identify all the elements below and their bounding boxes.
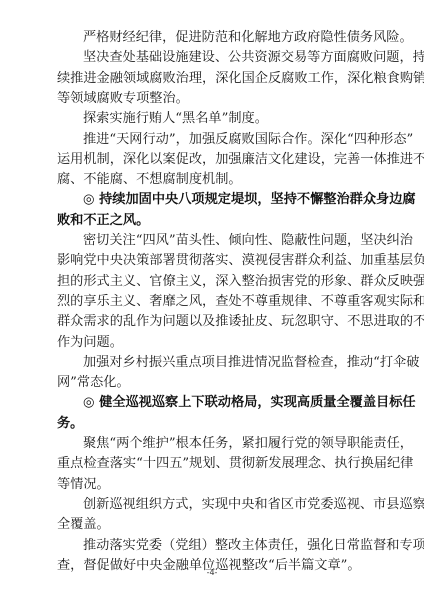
paragraph-line: 烈的享乐主义、奢靡之风，查处不尊重规律、不尊重客观实际和	[57, 294, 371, 310]
section-heading-line: 务。	[57, 416, 371, 432]
paragraph-line: 坚决查处基础设施建设、公共资源交易等方面腐败问题，持	[83, 50, 371, 66]
section-heading-line: 败和不正之风。	[57, 213, 371, 229]
paragraph-line: 续推进金融领域腐败治理，深化国企反腐败工作，深化粮食购销	[57, 71, 371, 87]
paragraph-line: 等情况。	[57, 477, 371, 493]
paragraph-line: 推动落实党委（党组）整改主体责任，强化日常监督和专项检	[83, 538, 371, 554]
section-heading-line: ◎ 健全巡视巡察上下联动格局，实现高质量全覆盖目标任	[83, 395, 371, 411]
paragraph-line: 群众需求的乱作为问题以及推诿扯皮、玩忽职守、不思进取的不	[57, 314, 371, 330]
paragraph-line: 严格财经纪律，促进防范和化解地方政府隐性债务风险。	[83, 30, 371, 46]
paragraph-line: 全覆盖。	[57, 517, 371, 533]
paragraph-line: 作为问题。	[57, 335, 371, 351]
paragraph-line: 等领域腐败专项整治。	[57, 91, 371, 107]
page-number: -4-	[0, 568, 424, 577]
paragraph-line: 聚焦“两个维护”根本任务，紧扣履行党的领导职能责任，	[83, 436, 371, 452]
paragraph-line: 加强对乡村振兴重点项目推进情况监督检查，推动“打伞破	[83, 355, 371, 371]
paragraph-line: 腐、不能腐、不想腐制度机制。	[57, 172, 371, 188]
paragraph-line: 密切关注“四风”苗头性、倾向性、隐蔽性问题，坚决纠治	[83, 233, 371, 249]
paragraph-line: 运用机制，深化以案促改，加强廉洁文化建设，完善一体推进不敢	[57, 152, 371, 168]
paragraph-line: 担的形式主义、官僚主义，深入整治损害党的形象、群众反映强	[57, 274, 371, 290]
paragraph-line: 网”常态化。	[57, 375, 371, 391]
paragraph-line: 探索实施行贿人“黑名单”制度。	[83, 111, 371, 127]
paragraph-line: 推进“天网行动”，加强反腐败国际合作。深化“四种形态”	[83, 132, 371, 148]
paragraph-line: 重点检查落实“十四五”规划、贯彻新发展理念、执行换届纪律	[57, 456, 371, 472]
document-page: 严格财经纪律，促进防范和化解地方政府隐性债务风险。坚决查处基础设施建设、公共资源…	[0, 0, 424, 600]
section-heading-line: ◎ 持续加固中央八项规定堤坝，坚持不懈整治群众身边腐	[83, 192, 371, 208]
paragraph-line: 创新巡视组织方式，实现中央和省区市党委巡视、市县巡察	[83, 497, 371, 513]
paragraph-line: 影响党中央决策部署贯彻落实、漠视侵害群众利益、加重基层负	[57, 253, 371, 269]
